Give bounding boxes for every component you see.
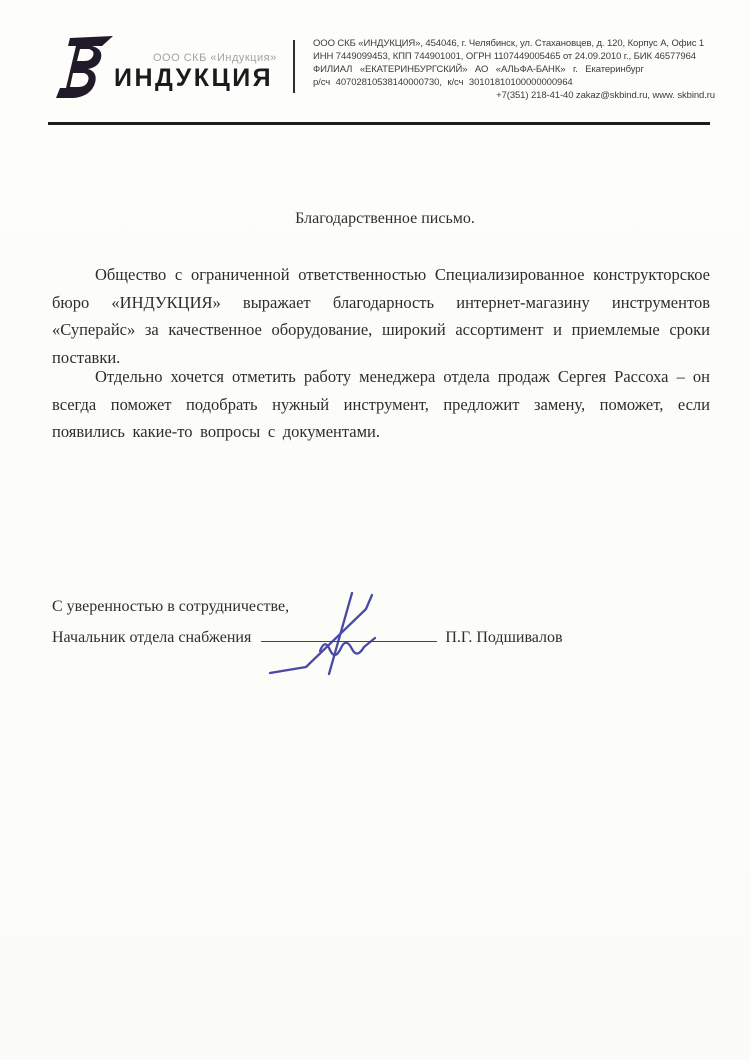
letter-title: Благодарственное письмо. — [60, 210, 710, 228]
requisites-inn-line: ИНН 7449099453, КПП 744901001, ОГРН 1107… — [313, 50, 715, 63]
company-brand-name: ИНДУКЦИЯ — [114, 64, 273, 93]
requisites-accounts-line: р/сч 40702810538140000730, к/сч 30101810… — [313, 76, 715, 89]
company-requisites: ООО СКБ «ИНДУКЦИЯ», 454046, г. Челябинск… — [313, 37, 715, 102]
closing-block: С уверенностью в сотрудничестве, Начальн… — [52, 598, 563, 647]
signer-position: Начальник отдела снабжения — [52, 629, 251, 646]
header-rule — [48, 122, 710, 125]
induction-logo-icon — [56, 35, 114, 101]
requisites-address-line: ООО СКБ «ИНДУКЦИЯ», 454046, г. Челябинск… — [313, 37, 715, 50]
requisites-contacts-line: +7(351) 218-41-40 zakaz@skbind.ru, www. … — [313, 89, 715, 102]
signer-name: П.Г. Подшивалов — [445, 629, 562, 646]
header-vertical-divider — [293, 40, 295, 93]
letter-page: ООО СКБ «Индукция» ИНДУКЦИЯ ООО СКБ «ИНД… — [0, 0, 750, 1060]
letter-paragraph-2: Отдельно хочется отметить работу менедже… — [52, 363, 710, 446]
requisites-bank-line: ФИЛИАЛ «ЕКАТЕРИНБУРГСКИЙ» АО «АЛЬФА-БАНК… — [313, 63, 715, 76]
closing-phrase: С уверенностью в сотрудничестве, — [52, 598, 563, 616]
signature-row: Начальник отдела снабженияП.Г. Подшивало… — [52, 629, 563, 647]
letter-paragraph-1: Общество с ограниченной ответственностью… — [52, 261, 710, 371]
signature-blank-line — [261, 629, 437, 642]
company-name-small: ООО СКБ «Индукция» — [153, 52, 303, 64]
